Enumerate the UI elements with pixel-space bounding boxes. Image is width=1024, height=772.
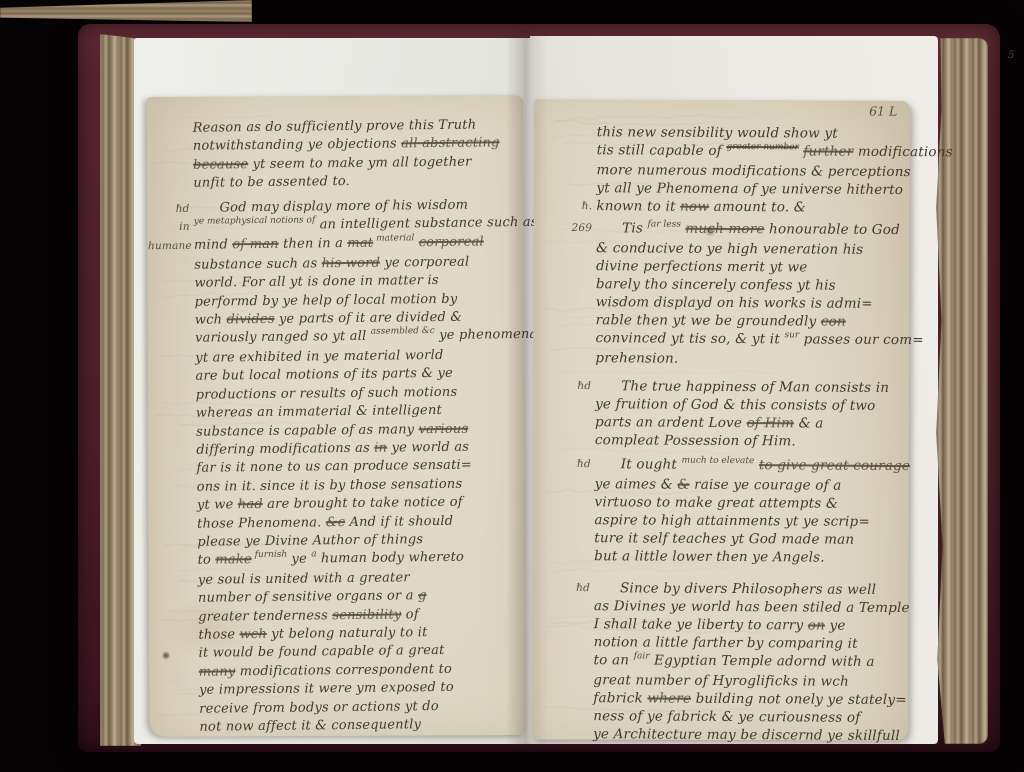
manuscript-line: unfit to be assented to.	[193, 171, 513, 193]
page-number: 61 L	[869, 104, 897, 119]
line-text: fabrick	[593, 690, 647, 706]
struck-text: on	[808, 617, 825, 633]
manuscript-photo: Reason as do sufficiently prove this Tru…	[0, 0, 1024, 772]
manuscript-line: compleat Possession of Him.	[595, 431, 907, 451]
line-text: but a little lower then ye Angels.	[594, 548, 825, 565]
line-text: unfit to be assented to.	[193, 174, 350, 191]
line-text: more numerous modifications & perception…	[597, 162, 911, 180]
struck-text: of Him	[747, 415, 795, 431]
line-text: aspire to high attainments yt ye scrip=	[594, 512, 870, 530]
line-text: prehension.	[595, 350, 678, 367]
struck-text: &	[677, 477, 689, 493]
right-manuscript-page: 61 L this new sensibility would show ytt…	[532, 99, 910, 740]
struck-text: &c	[326, 515, 345, 530]
line-text: known to it	[596, 198, 680, 215]
interlinear-insertion: ye metaphysical notions of	[194, 215, 316, 226]
line-text: amount to. &	[709, 199, 806, 216]
interlinear-insertion: assembled &c	[371, 326, 435, 337]
line-text: It ought	[621, 456, 682, 472]
line-text: greater tenderness	[198, 608, 332, 625]
struck-text: corporeal	[419, 235, 484, 251]
line-text: barely tho sincerely confess yt his	[596, 276, 836, 293]
line-text: of	[401, 607, 419, 622]
manuscript-line: more numerous modifications & perception…	[597, 161, 909, 181]
line-text: ye fruition of God & this consists of tw…	[595, 396, 875, 414]
line-text: productions or results of such motions	[196, 384, 458, 402]
manuscript-line: ℏdThe true happiness of Man consists in	[595, 377, 907, 397]
line-text: ye world as	[387, 440, 469, 456]
left-manuscript-page: Reason as do sufficiently prove this Tru…	[147, 95, 527, 737]
manuscript-line: ture it self teaches yt God made man	[594, 529, 906, 549]
right-page-text: this new sensibility would show yttis st…	[593, 123, 909, 745]
line-text: I shall take ye liberty to carry	[594, 616, 808, 633]
line-text: are but local motions of its parts & ye	[195, 366, 453, 384]
line-text: rable then yt we be groundedly	[596, 312, 821, 329]
manuscript-line: not now affect it & consequently	[199, 715, 519, 737]
line-text: & conducive to ye high veneration his	[596, 240, 863, 258]
struck-text: wch	[239, 627, 267, 642]
struck-text: sensibility	[332, 607, 401, 623]
struck-text: many	[199, 664, 236, 679]
left-page-text: Reason as do sufficiently prove this Tru…	[193, 116, 520, 737]
manuscript-line: barely tho sincerely confess yt his	[596, 275, 908, 295]
interlinear-insertion: sur	[784, 330, 799, 340]
line-text: substance such as	[194, 256, 322, 272]
struck-text: make	[215, 552, 252, 567]
line-text: wisdom displayd on his works is admi=	[596, 294, 873, 312]
margin-note: ℏ.	[550, 197, 592, 215]
struck-text: now	[680, 199, 709, 215]
line-text: virtuoso to make great attempts &	[594, 494, 838, 511]
edge-mark: 5	[1008, 50, 1014, 61]
line-text: performd by ye help of local motion by	[195, 291, 458, 309]
manuscript-line: convinced yt tis so, & yt it sur passes …	[595, 329, 907, 351]
line-text: number of sensitive organs or a	[198, 588, 418, 605]
line-text: tis still capable of	[597, 142, 727, 159]
interlinear-insertion: much to elevate	[681, 456, 754, 466]
line-text: notion a little farther by comparing it	[594, 634, 858, 652]
line-text: to	[197, 553, 215, 568]
struck-text: his word	[322, 255, 381, 271]
line-text: this new sensibility would show yt	[597, 124, 838, 141]
line-text: yt belong naturaly to it	[267, 625, 428, 642]
line-text: The true happiness of Man consists in	[621, 378, 889, 396]
line-text: wch	[195, 312, 227, 327]
struck-text: had	[238, 497, 263, 512]
interlinear-insertion: fair	[634, 651, 650, 661]
line-text: modifications correspondent to	[235, 662, 452, 679]
line-text: are brought to take notice of	[263, 495, 463, 512]
interlinear-insertion: furnish	[252, 550, 288, 560]
line-text: yt are exhibited in ye material world	[195, 348, 443, 366]
line-text: ye soul is united with a greater	[198, 570, 410, 587]
line-text: Egyptian Temple adornd with a	[650, 652, 875, 669]
line-text: ye phenomena	[435, 327, 538, 343]
manuscript-line: to an fair Egyptian Temple adornd with a	[594, 651, 906, 673]
line-text: yt all ye Phenomena of ye universe hithe…	[596, 180, 903, 198]
line-text: ness of ye fabrick & ye curiousness of	[593, 708, 860, 726]
line-text: variously ranged so yt all	[195, 329, 371, 346]
line-text: Tis	[622, 220, 647, 236]
line-text: receive from bodys or actions yt do	[199, 699, 439, 717]
struck-text: greater number	[726, 142, 798, 152]
line-text: substance is capable of as many	[196, 422, 419, 440]
line-text: as Divines ye world has been stiled a Te…	[594, 598, 910, 616]
margin-note: ℏd	[548, 579, 590, 597]
line-text: compleat Possession of Him.	[595, 432, 796, 449]
line-text: yt we	[197, 497, 238, 512]
line-text: then in a	[279, 236, 348, 252]
line-text: ye corporeal	[380, 254, 469, 270]
manuscript-line: divine perfections merit yt we	[596, 257, 908, 277]
line-text: those	[198, 627, 239, 642]
line-text: ye	[287, 552, 311, 567]
manuscript-line: 269Tis far less much more honourable to …	[596, 219, 908, 241]
manuscript-line: & conducive to ye high veneration his	[596, 239, 908, 259]
line-text: world. For all yt is done in matter is	[194, 273, 438, 291]
struck-text: g	[418, 588, 427, 603]
manuscript-line: ℏdSince by divers Philosophers as well	[594, 579, 906, 599]
line-text: honourable to God	[765, 221, 900, 238]
margin-note: 269	[550, 219, 592, 237]
manuscript-line: ℏ.known to it now amount to. &	[596, 197, 908, 217]
interlinear-insertion: material	[373, 234, 414, 244]
manuscript-line: as Divines ye world has been stiled a Te…	[594, 597, 906, 617]
line-text: not now affect it & consequently	[199, 717, 421, 735]
line-text: far is it none to us can produce sensati…	[196, 458, 472, 476]
manuscript-line: great number of Hyroglificks in wch	[593, 671, 905, 691]
struck-text: all abstracting	[401, 136, 500, 152]
manuscript-line: ℏdIt ought much to elevate to give great…	[595, 455, 907, 477]
line-text: notwithstanding ye objections	[193, 137, 402, 154]
line-text: ye Architecture may be discernd ye skill…	[593, 726, 900, 744]
manuscript-line: aspire to high attainments yt ye scrip=	[594, 511, 906, 531]
line-text: ture it self teaches yt God made man	[594, 530, 854, 548]
line-text: great number of Hyroglificks in wch	[593, 672, 849, 690]
manuscript-line: I shall take ye liberty to carry on ye	[594, 615, 906, 635]
manuscript-line: ye Architecture may be discernd ye skill…	[593, 725, 905, 745]
line-text: those Phenomena.	[197, 515, 326, 531]
line-text: it would be found capable of a great	[199, 643, 445, 661]
line-text: an intelligent substance such as ye	[315, 215, 557, 233]
line-text: raise ye courage of a	[690, 477, 842, 494]
line-text: human body whereto	[317, 550, 465, 567]
margin-note: ℏd	[549, 455, 591, 473]
manuscript-line: yt all ye Phenomena of ye universe hithe…	[596, 179, 908, 199]
struck-text: further	[803, 143, 853, 159]
manuscript-line: prehension.	[595, 349, 907, 369]
manuscript-line: parts an ardent Love of Him & a	[595, 413, 907, 433]
manuscript-line: this new sensibility would show yt	[597, 123, 909, 143]
line-text: parts an ardent Love	[595, 414, 747, 431]
margin-note: ℏd	[147, 199, 189, 218]
manuscript-line: wisdom displayd on his works is admi=	[596, 293, 908, 313]
line-text: mind	[194, 238, 232, 253]
struck-text: mat	[347, 236, 373, 251]
line-text: building not onely ye stately=	[691, 691, 907, 708]
manuscript-line: but a little lower then ye Angels.	[594, 547, 906, 567]
line-text: Since by divers Philosophers as well	[620, 580, 876, 598]
struck-text: of man	[232, 237, 279, 253]
struck-text: various	[419, 421, 469, 437]
manuscript-line: fabrick where building not onely ye stat…	[593, 689, 905, 709]
line-text: modifications	[853, 144, 953, 161]
interlinear-insertion: a	[311, 550, 316, 560]
struck-text: because	[193, 157, 248, 173]
margin-note: humane	[148, 237, 190, 256]
line-text: whereas an immaterial & intelligent	[196, 403, 442, 421]
manuscript-line: ye aimes & & raise ye courage of a	[595, 475, 907, 495]
manuscript-line: notion a little farther by comparing it	[594, 633, 906, 653]
line-text: ye aimes &	[595, 476, 678, 493]
line-text: Reason as do sufficiently prove this Tru…	[193, 118, 477, 136]
struck-text: con	[821, 314, 846, 330]
line-text: And if it should	[345, 513, 453, 529]
line-text: ons in it. since it is by those sensatio…	[197, 476, 463, 494]
struck-text: in	[374, 440, 387, 455]
struck-text: where	[647, 690, 691, 706]
line-text: to an	[594, 652, 634, 668]
line-text: God may display more of his wisdom	[219, 197, 468, 215]
line-text: please ye Divine Author of things	[197, 532, 423, 550]
line-text: passes our com=	[799, 331, 924, 348]
manuscript-line: virtuoso to make great attempts &	[594, 493, 906, 513]
interlinear-insertion: far less	[648, 219, 681, 229]
line-text: yt seem to make ym all together	[248, 154, 471, 172]
manuscript-line: tis still capable of greater number furt…	[597, 141, 909, 163]
manuscript-line: rable then yt we be groundedly con	[596, 311, 908, 331]
line-text: convinced yt tis so, & yt it	[595, 330, 784, 347]
manuscript-line: ness of ye fabrick & ye curiousness of	[593, 707, 905, 727]
line-text: ye	[825, 618, 846, 634]
line-text: divine perfections merit yt we	[596, 258, 808, 275]
page-edges-top	[0, 0, 252, 22]
line-text: & a	[794, 415, 824, 431]
line-text: ye parts of it are divided &	[275, 310, 463, 327]
struck-text: to give great courage	[759, 457, 910, 474]
struck-text: much more	[685, 221, 764, 237]
margin-note: ℏd	[549, 377, 591, 395]
margin-note: in	[148, 218, 190, 237]
line-text: differing modifications as	[196, 441, 374, 458]
struck-text: divides	[226, 312, 274, 328]
manuscript-line: ye fruition of God & this consists of tw…	[595, 395, 907, 415]
line-text: ye impressions it were ym exposed to	[199, 680, 454, 698]
